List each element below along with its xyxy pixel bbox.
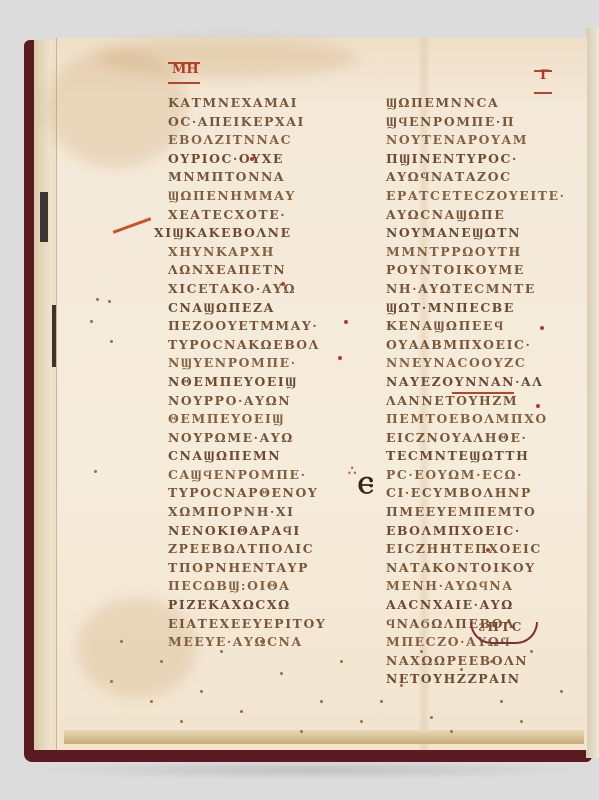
text-line: ΖΡΕΕΒΩΛΤΠΟΛΙϹ — [168, 540, 326, 559]
text-line: ΝΑΥΕΖΟΥΝΝΑΝ·ΑΛ — [386, 373, 566, 392]
text-line: ϢΩΠΕΜΝΝϹΑ — [386, 94, 566, 113]
text-line: ΠΕϹΩΒϢ:ΟΙΘΑ — [168, 577, 326, 596]
text-line: ΤΠΟΡΝΗΕΝΤΑΥΡ — [168, 559, 326, 578]
speck — [96, 298, 99, 301]
text-line: ΝΕΝΟΚΙΘΑΡΑϤΙ — [168, 522, 326, 541]
text-line: ΑΑϹΝΧΑΙΕ·ΑΥΩ — [386, 596, 566, 615]
text-line: ΑΥΩϹΝΑϢΩΠΕ — [386, 206, 566, 225]
text-line: ΕΒΟΛΜΠΧΟΕΙϹ· — [386, 522, 566, 541]
text-line: ΡΙΖΕΚΑΧΩϹΧΩ — [168, 596, 326, 615]
folio-rule — [168, 82, 200, 84]
speck — [430, 716, 433, 719]
text-line: ϢΩΠΕΝΗΜΜΑΥ — [168, 187, 326, 206]
rubric-underline — [452, 392, 514, 394]
text-line: ΝΑΧΩΩΡΕΕΒΟΛΝ — [386, 652, 566, 671]
folio-number-right: Γ — [540, 68, 549, 83]
speck — [160, 660, 163, 663]
facing-page-edge — [586, 28, 599, 758]
text-line: ΘΕΜΠΕΥΟΕΙϢ — [168, 410, 326, 429]
repair-strip-upper — [40, 192, 48, 242]
text-line: ΝϢΥΕΝΡΟΜΠΕ· — [168, 354, 326, 373]
text-line: ΜΕΝΗ·ΑΥΩϤΝΑ — [386, 577, 566, 596]
speck — [320, 700, 323, 703]
text-line: ΕΒΟΛΖΙΤΝΝΑϹ — [168, 131, 326, 150]
text-line: ΝΕΤΟΥΗΖΖΡΑΙΝ — [386, 670, 566, 689]
text-line: ΝΟΥΡΡΟ·ΑΥΩΝ — [168, 392, 326, 411]
enlarged-initial: Ⲉ — [358, 470, 374, 499]
speck — [90, 320, 93, 323]
speck — [110, 340, 113, 343]
text-line: ΕΙΑΤΕΧΕΕΥΕΡΙΤΟΥ — [168, 615, 326, 634]
text-line: ΠΜΕΕΥΕΜΠΕΜΤΟ — [386, 503, 566, 522]
text-line: ΝΟΥΜΑΝΕϢΩΤΝ — [386, 224, 566, 243]
text-line: ΡΟΥΝΤΟΙΚΟΥΜΕ — [386, 261, 566, 280]
text-line: ΟΥΑΑΒΜΠΧΟΕΙϹ· — [386, 336, 566, 355]
text-column-left: ΚΑΤΜΝΕΧΑΜΑΙ ΟϹ·ΑΠΕΙΚΕΡΧΑΙ ΕΒΟΛΖΙΤΝΝΑϹ ΟΥ… — [168, 94, 326, 652]
speck — [490, 660, 493, 663]
speck — [94, 470, 97, 473]
speck — [110, 680, 113, 683]
text-line: ΝΗ·ΑΥΩΤΕϹΜΝΤΕ — [386, 280, 566, 299]
water-stain — [97, 38, 357, 78]
speck — [400, 684, 403, 687]
text-line: ΤΥΡΟϹΝΑΚΩΕΒΟΛ — [168, 336, 326, 355]
text-line: ΡϹ·ΕΟΥΩΜ·ΕϹΩ· — [386, 466, 566, 485]
text-line: ΧΙϹΕΤΑΚΟ·ΑΥΩ — [168, 280, 326, 299]
speck — [380, 700, 383, 703]
text-line: ΧΙϢΚΑΚΕΒΟΛΝΕ — [154, 224, 326, 243]
speck — [108, 300, 111, 303]
text-line: ΚΕΝΑϢΩΠΕΕϤ — [386, 317, 566, 336]
speck — [520, 720, 523, 723]
text-line: ϹΑϢϤΕΝΡΟΜΠΕ· — [168, 466, 326, 485]
speck — [120, 640, 123, 643]
table-shadow — [30, 760, 590, 780]
text-line: ΟϹ·ΑΠΕΙΚΕΡΧΑΙ — [168, 113, 326, 132]
folio-number-left: ΜΗ — [172, 62, 199, 77]
rubric-dot — [338, 356, 342, 360]
speck — [280, 672, 283, 675]
text-line: ΧΩΜΠΟΡΝΗ·ΧΙ — [168, 503, 326, 522]
rubric-dot — [344, 320, 348, 324]
speck — [340, 660, 343, 663]
text-line: ϹΝΑϢΩΠΕΜΝ — [168, 447, 326, 466]
text-line: ΠϢΙΝΕΝΤΥΡΟϹ· — [386, 150, 566, 169]
text-line: ΟΥΡΙΟϹ·ΟΥΧΕ — [168, 150, 326, 169]
text-line: ΛΩΝΧΕΑΠΕΤΝ — [168, 261, 326, 280]
text-line: ΝΝΕΥΝΑϹΟΟΥΖϹ — [386, 354, 566, 373]
text-line: ΕΡΑΤϹΕΤΕϹΖΟΥΕΙΤΕ· — [386, 187, 566, 206]
text-line: ΝΟΥΡΩΜΕ·ΑΥΩ — [168, 429, 326, 448]
speck — [300, 730, 303, 733]
text-line: ΑΥΩϤΝΑΤΑΖΟϹ — [386, 168, 566, 187]
speck — [200, 690, 203, 693]
rubric-dot — [486, 548, 490, 552]
speck — [360, 720, 363, 723]
rubric-dot — [536, 404, 540, 408]
text-line: ΕΙϹΖΝΟΥΑΛΗΘΕ· — [386, 429, 566, 448]
rubric-dot — [281, 282, 285, 286]
text-line: ΕΙϹΖΗΗΤΕΠΧΟΕΙϹ — [386, 540, 566, 559]
text-line: ΠΕΖΟΟΥΕΤΜΜΑΥ· — [168, 317, 326, 336]
text-line: ΧΗΥΝΚΑΡΧΗ — [168, 243, 326, 262]
text-line: ϹΙ·ΕϹΥΜΒΟΛΗΝΡ — [386, 484, 566, 503]
speck — [220, 650, 223, 653]
text-line: ΧΕΑΤΕϹΧΟΤΕ· — [168, 206, 326, 225]
text-line: ΜΝΜΠΤΟΝΝΑ — [168, 168, 326, 187]
rubric-dot — [540, 326, 544, 330]
speck — [260, 640, 263, 643]
text-line: ΜΕΕΥΕ·ΑΥΩϹΝΑ — [168, 633, 326, 652]
end-mark-text: ϨΗΤϹ — [478, 620, 523, 635]
speck — [240, 710, 243, 713]
page-bottom-edge — [64, 730, 584, 744]
speck — [460, 668, 463, 671]
text-line: ΚΑΤΜΝΕΧΑΜΑΙ — [168, 94, 326, 113]
text-line: ϹΝΑϢΩΠΕΖΑ — [168, 299, 326, 318]
initial-ornament-dots: ∴ — [348, 464, 356, 479]
text-line: ΝΟΥΤΕΝΑΡΟΥΑΜ — [386, 131, 566, 150]
speck — [560, 690, 563, 693]
text-line: ΝΘΕΜΠΕΥΟΕΙϢ — [168, 373, 326, 392]
text-line: ΠΕΜΤΟΕΒΟΛΜΠΧΟ — [386, 410, 566, 429]
text-line: ϢϤΕΝΡΟΜΠΕ·Π — [386, 113, 566, 132]
text-line: ΤΥΡΟϹΝΑΡΘΕΝΟΥ — [168, 484, 326, 503]
speck — [450, 730, 453, 733]
text-line: ΝΑΤΑΚΟΝΤΟΙΚΟΥ — [386, 559, 566, 578]
speck — [530, 650, 533, 653]
speck — [420, 650, 423, 653]
text-line: ΜΜΝΤΡΡΩΟΥΤΗ — [386, 243, 566, 262]
rubric-dot — [250, 157, 254, 161]
text-line: ΤΕϹΜΝΤΕϢΩΤΤΗ — [386, 447, 566, 466]
speck — [180, 720, 183, 723]
text-line: ϢΩΤ·ΜΝΠΕϹΒΕ — [386, 299, 566, 318]
speck — [500, 700, 503, 703]
speck — [150, 700, 153, 703]
